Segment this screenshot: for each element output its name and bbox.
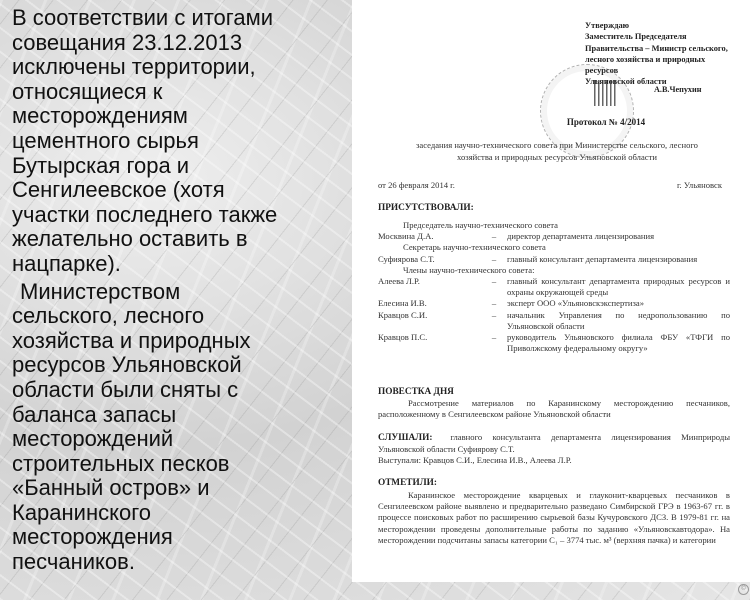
attendees-list: Председатель научно-технического совета … [378,220,730,354]
protocol-date: от 26 февраля 2014 г. [378,180,455,191]
secretary-label: Секретарь научно-технического совета [378,242,730,253]
slide-line: сельского, лесного [12,303,204,328]
slide-line: Каранинского [12,500,151,525]
chair-label: Председатель научно-технического совета [378,220,730,231]
slide-line: «Банный остров» и [12,475,210,500]
attendee-role: эксперт ООО «Ульяновскэкспертиза» [507,298,730,309]
slide-line: Сенгилеевское (хотя [12,177,225,202]
attendee-dash: – [481,254,507,265]
protocol-title: Протокол № 4/2014 [352,117,750,128]
slide-text: В соответствии с итогамисовещания 23.12.… [12,6,352,575]
slide-line: строительных песков [12,451,230,476]
attendee-row: Кравцов П.С.–руководитель Ульяновского ф… [378,332,730,354]
slide-line: хозяйства и природных [12,328,251,353]
members-label: Члены научно-технического совета: [378,265,730,276]
attendee-name: Алеева Л.Р. [378,276,481,298]
attendee-dash: – [481,231,507,242]
subtitle-line: хозяйства и природных ресурсов Ульяновск… [382,152,732,164]
attendee-row: Елесина И.В.–эксперт ООО «Ульяновскэкспе… [378,298,730,309]
attendee-dash: – [481,276,507,298]
slide-line: участки последнего также [12,202,277,227]
attendee-dash: – [481,310,507,332]
slide-line: относящиеся к [12,79,162,104]
slide-line: месторождений [12,426,173,451]
approval-line: лесного хозяйства и природных [585,55,705,64]
attendee-row: Суфиярова С.Т. – главный консультант деп… [378,254,730,265]
noted-text: Каранинское месторождение кварцевых и гл… [378,490,730,546]
attendee-name: Суфиярова С.Т. [378,254,481,265]
protocol-document-scan: УтверждаюЗаместитель ПредседателяПравите… [352,0,750,582]
approval-line: Утверждаю [585,21,629,30]
signer-name: А.В.Чепухин [654,84,701,95]
watermark-icon: © [738,584,749,595]
attendee-row: Кравцов С.И.–начальник Управления по нед… [378,310,730,332]
heard-paragraph: СЛУШАЛИ:главного консультанта департамен… [378,432,730,455]
date-row: от 26 февраля 2014 г. г. Ульяновск [378,180,722,191]
attendee-name: Москвина Д.А. [378,231,481,242]
agenda-text: Рассмотрение материалов по Каранинскому … [378,398,730,420]
slide-line: Министерством [20,279,180,304]
slide-line: ресурсов Ульяновской [12,352,242,377]
attendee-name: Елесина И.В. [378,298,481,309]
slide-line: желательно оставить в [12,226,248,251]
slide-line: цементного сырья [12,128,199,153]
approval-line: Правительства – Министр сельского, [585,44,728,53]
agenda-body: Рассмотрение материалов по Каранинскому … [378,398,730,419]
noted-heading: ОТМЕТИЛИ: [378,478,437,489]
attendee-name: Кравцов С.И. [378,310,481,332]
protocol-subtitle: заседания научно-технического совета при… [382,140,732,163]
slide-paragraph-2: Министерствомсельского, лесногохозяйства… [12,280,352,575]
present-heading: ПРИСУТСТВОВАЛИ: [378,203,474,214]
noted-body: Каранинское месторождение кварцевых и гл… [378,490,730,545]
slide-line: песчаников. [12,549,135,574]
attendee-dash: – [481,332,507,354]
protocol-city: г. Ульяновск [677,180,722,191]
attendee-role: директор департамента лицензирования [507,231,730,242]
attendee-name: Кравцов П.С. [378,332,481,354]
approval-line: Заместитель Председателя [585,32,687,41]
spoke-text: Выступали: Кравцов С.И., Елесина И.В., А… [378,455,730,466]
agenda-heading: ПОВЕСТКА ДНЯ [378,387,454,398]
slide-line: баланса запасы [12,402,176,427]
slide-line: нацпарке). [12,251,121,276]
attendee-role: главный консультант департамента лицензи… [507,254,730,265]
attendee-row: Москвина Д.А. – директор департамента ли… [378,231,730,242]
slide-line: месторождениям [12,103,188,128]
attendee-role: начальник Управления по недропользованию… [507,310,730,332]
slide-line: совещания 23.12.2013 [12,30,242,55]
subtitle-line: заседания научно-технического совета при… [382,140,732,152]
slide-line: Бутырская гора и [12,153,189,178]
slide-line: области были сняты с [12,377,238,402]
members-list: Алеева Л.Р.–главный консультант департам… [378,276,730,354]
attendee-role: главный консультант департамента природн… [507,276,730,298]
attendee-dash: – [481,298,507,309]
slide-line: В соответствии с итогами [12,5,273,30]
signature-icon [594,80,616,106]
slide-line: месторождения [12,524,173,549]
slide-line: исключены территории, [12,54,256,79]
slide-paragraph-1: В соответствии с итогамисовещания 23.12.… [12,6,352,277]
heard-heading: СЛУШАЛИ: [378,433,432,443]
attendee-row: Алеева Л.Р.–главный консультант департам… [378,276,730,298]
attendee-role: руководитель Ульяновского филиала ФБУ «Т… [507,332,730,354]
